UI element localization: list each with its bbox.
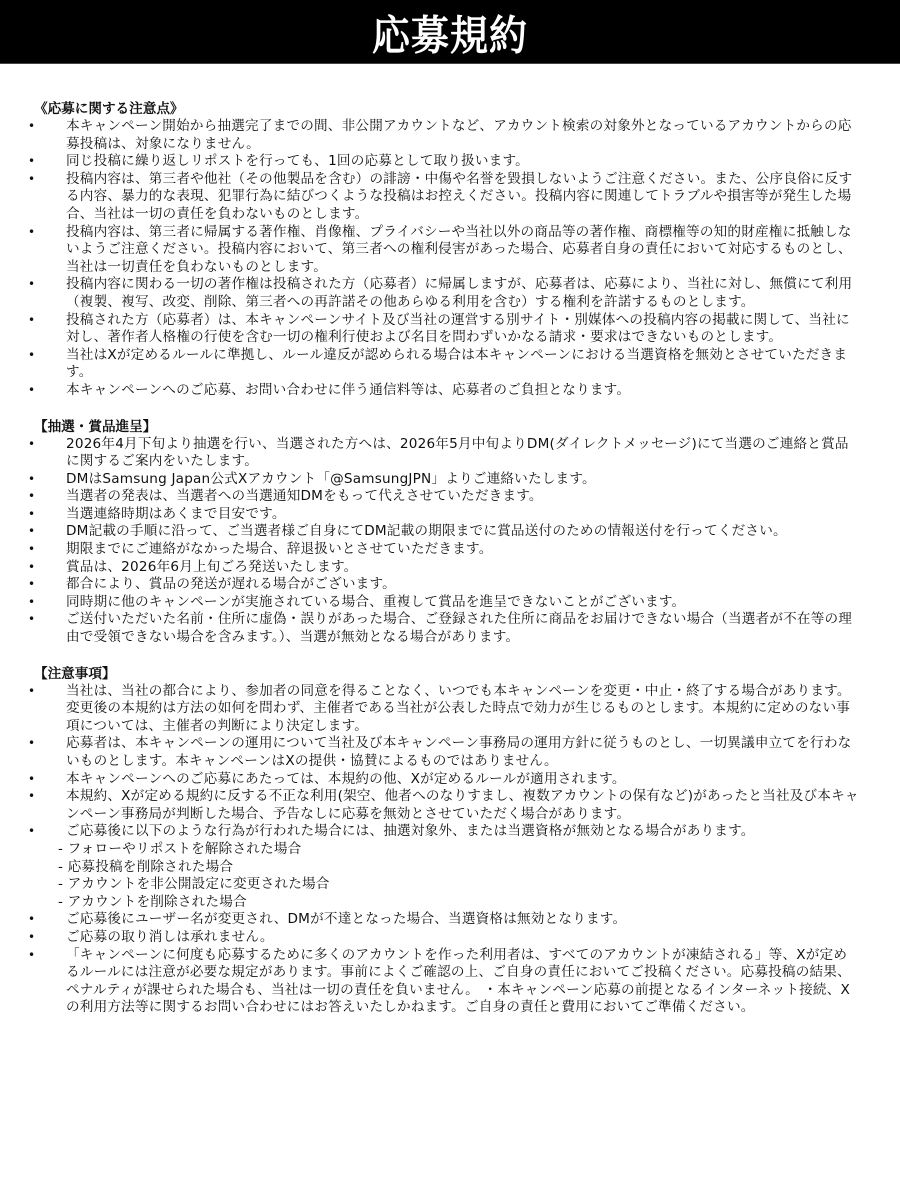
bullet-icon: •	[28, 276, 35, 294]
page-title: 応募規約	[372, 2, 528, 61]
list-item: •都合により、賞品の発送が遅れる場合がございます。	[0, 576, 900, 594]
list-item: •当社はXが定めるルールに準拠し、ルール違反が認められる場合は本キャンペーンにお…	[0, 347, 900, 382]
bullet-icon: •	[28, 436, 35, 454]
sub-list-item: - 応募投稿を削除された場合	[0, 859, 900, 877]
list-item: •同時期に他のキャンペーンが実施されている場合、重複して賞品を進呈できないことが…	[0, 594, 900, 612]
list-item: •賞品は、2026年6月上旬ごろ発送いたします。	[0, 559, 900, 577]
bullet-icon: •	[28, 118, 35, 136]
sub-list-item: - アカウントを非公開設定に変更された場合	[0, 876, 900, 894]
list-item: •当選者の発表は、当選者への当選通知DMをもって代えさせていただきます。	[0, 488, 900, 506]
bullet-icon: •	[28, 488, 35, 506]
list-item: •ご応募後にユーザー名が変更され、DMが不達となった場合、当選資格は無効となりま…	[0, 911, 900, 929]
list-item: •「キャンペーンに何度も応募するために多くのアカウントを作った利用者は、すべての…	[0, 947, 900, 1017]
section-notes: 【注意事項】 •当社は、当社の都合により、参加者の同意を得ることなく、いつでも本…	[0, 665, 900, 1017]
list-item: •本キャンペーンへのご応募にあたっては、本規約の他、Xが定めるルールが適用されま…	[0, 771, 900, 789]
list-item: •DM記載の手順に沿って、ご当選者様ご自身にてDM記載の期限までに賞品送付のため…	[0, 523, 900, 541]
bullet-icon: •	[28, 823, 35, 841]
bullet-icon: •	[28, 471, 35, 489]
bullet-icon: •	[28, 911, 35, 929]
bullet-icon: •	[28, 771, 35, 789]
section-title: 【抽選・賞品進呈】	[34, 418, 900, 436]
bullet-icon: •	[28, 382, 35, 400]
bullet-icon: •	[28, 523, 35, 541]
list-item: •応募者は、本キャンペーンの運用について当社及び本キャンペーン事務局の運用方針に…	[0, 735, 900, 770]
bullet-icon: •	[28, 594, 35, 612]
list-item: •本キャンペーン開始から抽選完了までの間、非公開アカウントなど、アカウント検索の…	[0, 118, 900, 153]
bullet-icon: •	[28, 559, 35, 577]
sub-list-item: - アカウントを削除された場合	[0, 894, 900, 912]
bullet-icon: •	[28, 171, 35, 189]
list-item: •同じ投稿に繰り返しリポストを行っても、1回の応募として取り扱います。	[0, 153, 900, 171]
section-entry-notes: 《応募に関する注意点》 •本キャンペーン開始から抽選完了までの間、非公開アカウン…	[0, 100, 900, 400]
list-item: •期限までにご連絡がなかった場合、辞退扱いとさせていただきます。	[0, 541, 900, 559]
list-item: •当社は、当社の都合により、参加者の同意を得ることなく、いつでも本キャンペーンを…	[0, 683, 900, 736]
bullet-icon: •	[28, 788, 35, 806]
bullet-icon: •	[28, 929, 35, 947]
bullet-icon: •	[28, 576, 35, 594]
list-item: •投稿された方（応募者）は、本キャンペーンサイト及び当社の運営する別サイト・別媒…	[0, 312, 900, 347]
list-item: •投稿内容は、第三者や他社（その他製品を含む）の誹謗・中傷や名誉を毀損しないよう…	[0, 171, 900, 224]
bullet-icon: •	[28, 153, 35, 171]
bullet-list: •本キャンペーン開始から抽選完了までの間、非公開アカウントなど、アカウント検索の…	[0, 118, 900, 400]
bullet-icon: •	[28, 735, 35, 753]
bullet-icon: •	[28, 683, 35, 701]
bullet-icon: •	[28, 611, 35, 629]
bullet-list: •当社は、当社の都合により、参加者の同意を得ることなく、いつでも本キャンペーンを…	[0, 683, 900, 1017]
sub-list-item: - フォローやリポストを解除された場合	[0, 841, 900, 859]
terms-content: 《応募に関する注意点》 •本キャンペーン開始から抽選完了までの間、非公開アカウン…	[0, 100, 900, 1035]
list-item: •2026年4月下旬より抽選を行い、当選された方へは、2026年5月中旬よりDM…	[0, 436, 900, 471]
bullet-icon: •	[28, 541, 35, 559]
bullet-icon: •	[28, 347, 35, 365]
bullet-icon: •	[28, 947, 35, 965]
bullet-icon: •	[28, 506, 35, 524]
list-item: •ご送付いただいた名前・住所に虚偽・誤りがあった場合、ご登録された住所に商品をお…	[0, 611, 900, 646]
list-item: •当選連絡時期はあくまで目安です。	[0, 506, 900, 524]
section-lottery-prizes: 【抽選・賞品進呈】 •2026年4月下旬より抽選を行い、当選された方へは、202…	[0, 418, 900, 647]
list-item: •本規約、Xが定める規約に反する不正な利用(架空、他者へのなりすまし、複数アカウ…	[0, 788, 900, 823]
bullet-icon: •	[28, 312, 35, 330]
page-header: 応募規約	[0, 0, 900, 64]
list-item: •ご応募後に以下のような行為が行われた場合には、抽選対象外、または当選資格が無効…	[0, 823, 900, 841]
bullet-icon: •	[28, 224, 35, 242]
list-item: •投稿内容に関わる一切の著作権は投稿された方（応募者）に帰属しますが、応募者は、…	[0, 276, 900, 311]
list-item: •DMはSamsung Japan公式Xアカウント「@SamsungJPN」より…	[0, 471, 900, 489]
bullet-list: •2026年4月下旬より抽選を行い、当選された方へは、2026年5月中旬よりDM…	[0, 436, 900, 647]
list-item: •ご応募の取り消しは承れません。	[0, 929, 900, 947]
section-title: 【注意事項】	[34, 665, 900, 683]
section-title: 《応募に関する注意点》	[34, 100, 900, 118]
list-item: •投稿内容は、第三者に帰属する著作権、肖像権、プライバシーや当社以外の商品等の著…	[0, 224, 900, 277]
list-item: •本キャンペーンへのご応募、お問い合わせに伴う通信料等は、応募者のご負担となりま…	[0, 382, 900, 400]
